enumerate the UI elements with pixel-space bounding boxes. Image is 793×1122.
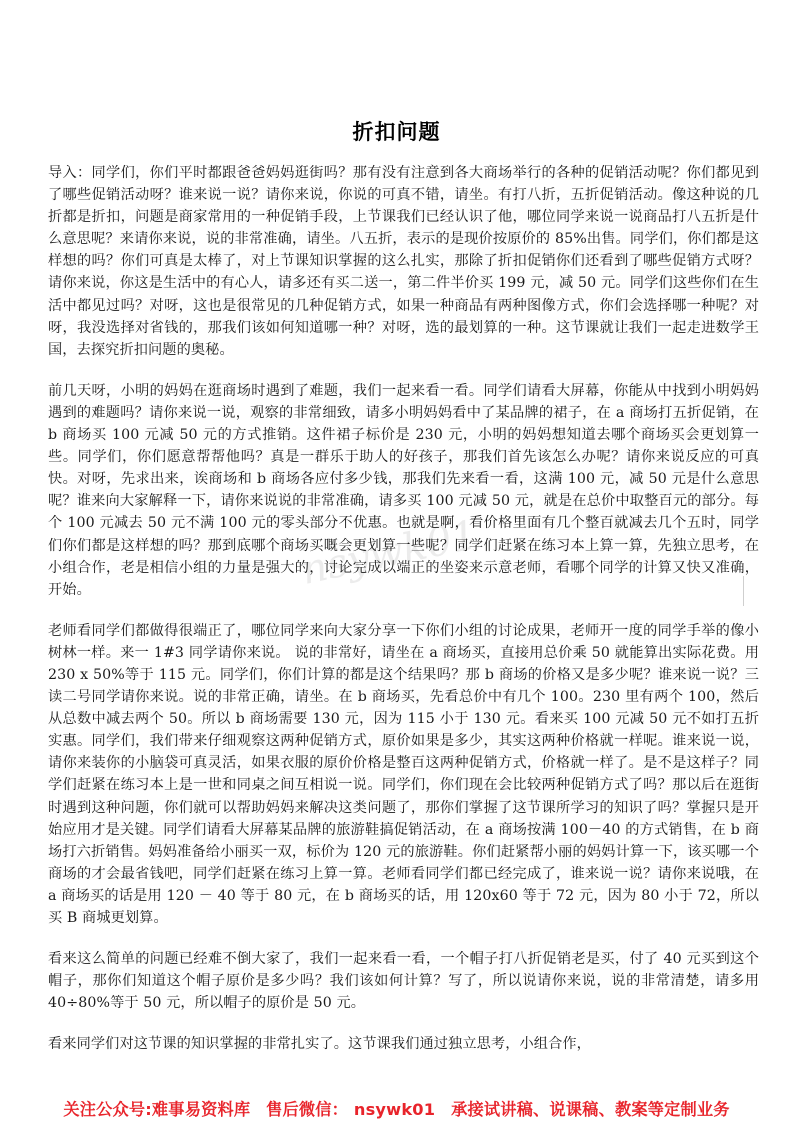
footer-follow: 关注公众号:难事易资料库	[63, 1100, 250, 1119]
document-body: 导入：同学们，你们平时都跟爸爸妈妈逛街吗？那有没有注意到各大商场举行的各种的促销…	[48, 162, 759, 1074]
paragraph-solution: 老师看同学们都做得很端正了，哪位同学来向大家分享一下你们小组的讨论成果，老师开一…	[48, 620, 759, 929]
footer-wechat: 售后微信： nsywk01	[266, 1100, 435, 1119]
footer-banner: 关注公众号:难事易资料库 售后微信： nsywk01 承接试讲稿、说课稿、教案等…	[0, 1096, 793, 1122]
document-page: 折扣问题 nsywk01 导入：同学们，你们平时都跟爸爸妈妈逛街吗？那有没有注意…	[0, 0, 793, 1122]
paragraph-summary: 看来同学们对这节课的知识掌握的非常扎实了。这节课我们通过独立思考，小组合作，	[48, 1033, 759, 1055]
footer-service: 承接试讲稿、说课稿、教案等定制业务	[451, 1100, 730, 1119]
document-title: 折扣问题	[0, 116, 793, 146]
paragraph-intro: 导入：同学们，你们平时都跟爸爸妈妈逛街吗？那有没有注意到各大商场举行的各种的促销…	[48, 162, 759, 361]
paragraph-hat-problem: 看来这么简单的问题已经难不倒大家了，我们一起来看一看，一个帽子打八折促销老是买，…	[48, 948, 759, 1014]
paragraph-problem: 前几天呀，小明的妈妈在逛商场时遇到了难题，我们一起来看一看。同学们请看大屏幕，你…	[48, 380, 759, 601]
